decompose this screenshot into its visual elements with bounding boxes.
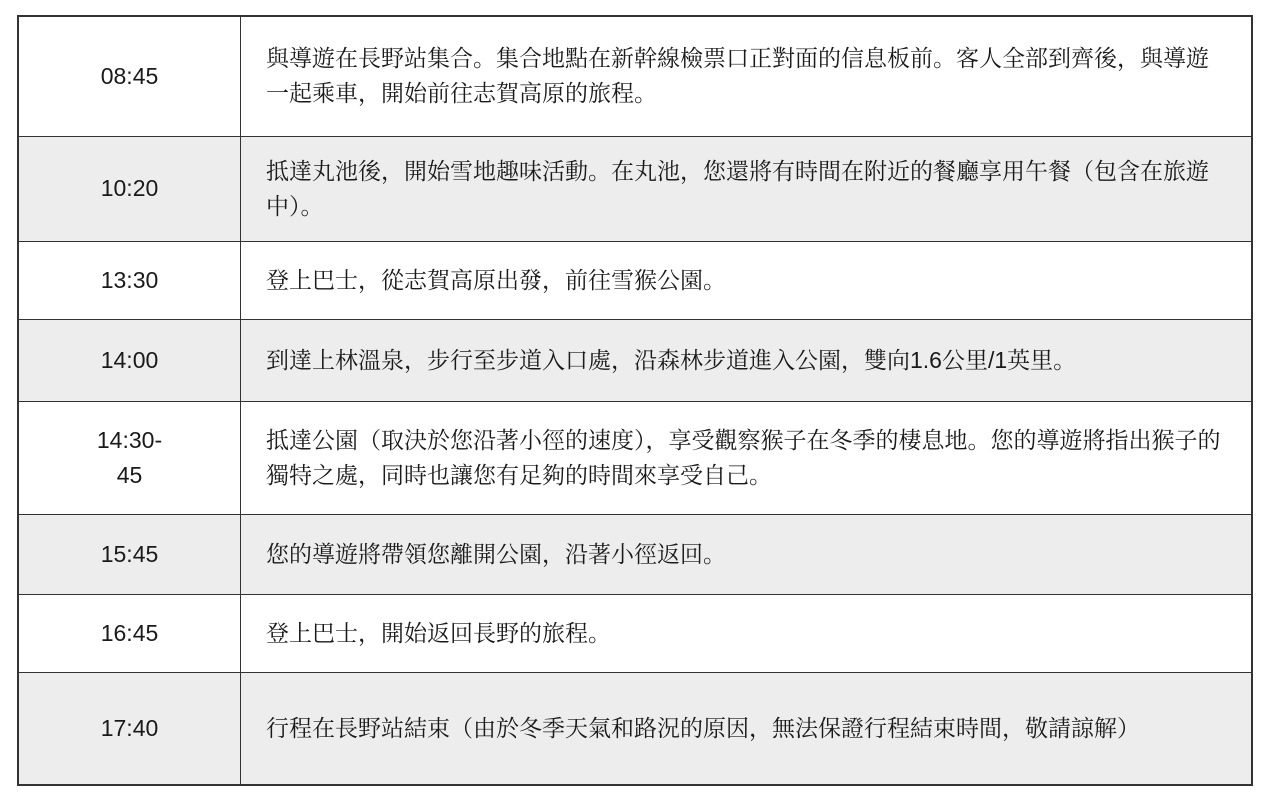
time-cell: 17:40 [18,672,241,785]
table-row: 17:40行程在長野站結束（由於冬季天氣和路況的原因，無法保證行程結束時間，敬請… [18,672,1252,785]
time-cell: 10:20 [18,136,241,241]
itinerary-page: 08:45與導遊在長野站集合。集合地點在新幹線檢票口正對面的信息板前。客人全部到… [0,0,1274,804]
time-cell: 13:30 [18,241,241,319]
table-row: 08:45與導遊在長野站集合。集合地點在新幹線檢票口正對面的信息板前。客人全部到… [18,16,1252,136]
itinerary-table: 08:45與導遊在長野站集合。集合地點在新幹線檢票口正對面的信息板前。客人全部到… [17,15,1253,786]
time-cell: 16:45 [18,594,241,672]
table-row: 16:45登上巴士，開始返回長野的旅程。 [18,594,1252,672]
table-row: 14:00到達上林溫泉，步行至步道入口處，沿森林步道進入公園，雙向1.6公里/1… [18,319,1252,401]
description-cell: 到達上林溫泉，步行至步道入口處，沿森林步道進入公園，雙向1.6公里/1英里。 [241,319,1253,401]
table-row: 15:45您的導遊將帶領您離開公園，沿著小徑返回。 [18,514,1252,594]
time-cell: 15:45 [18,514,241,594]
description-cell: 登上巴士，從志賀高原出發，前往雪猴公園。 [241,241,1253,319]
time-cell: 08:45 [18,16,241,136]
time-cell: 14:00 [18,319,241,401]
description-cell: 您的導遊將帶領您離開公園，沿著小徑返回。 [241,514,1253,594]
description-cell: 登上巴士，開始返回長野的旅程。 [241,594,1253,672]
description-cell: 抵達丸池後，開始雪地趣味活動。在丸池，您還將有時間在附近的餐廳享用午餐（包含在旅… [241,136,1253,241]
table-row: 13:30登上巴士，從志賀高原出發，前往雪猴公園。 [18,241,1252,319]
time-cell: 14:30- 45 [18,401,241,514]
description-cell: 與導遊在長野站集合。集合地點在新幹線檢票口正對面的信息板前。客人全部到齊後，與導… [241,16,1253,136]
description-cell: 抵達公園（取決於您沿著小徑的速度），享受觀察猴子在冬季的棲息地。您的導遊將指出猴… [241,401,1253,514]
description-cell: 行程在長野站結束（由於冬季天氣和路況的原因，無法保證行程結束時間，敬請諒解） [241,672,1253,785]
table-row: 14:30- 45抵達公園（取決於您沿著小徑的速度），享受觀察猴子在冬季的棲息地… [18,401,1252,514]
table-row: 10:20抵達丸池後，開始雪地趣味活動。在丸池，您還將有時間在附近的餐廳享用午餐… [18,136,1252,241]
